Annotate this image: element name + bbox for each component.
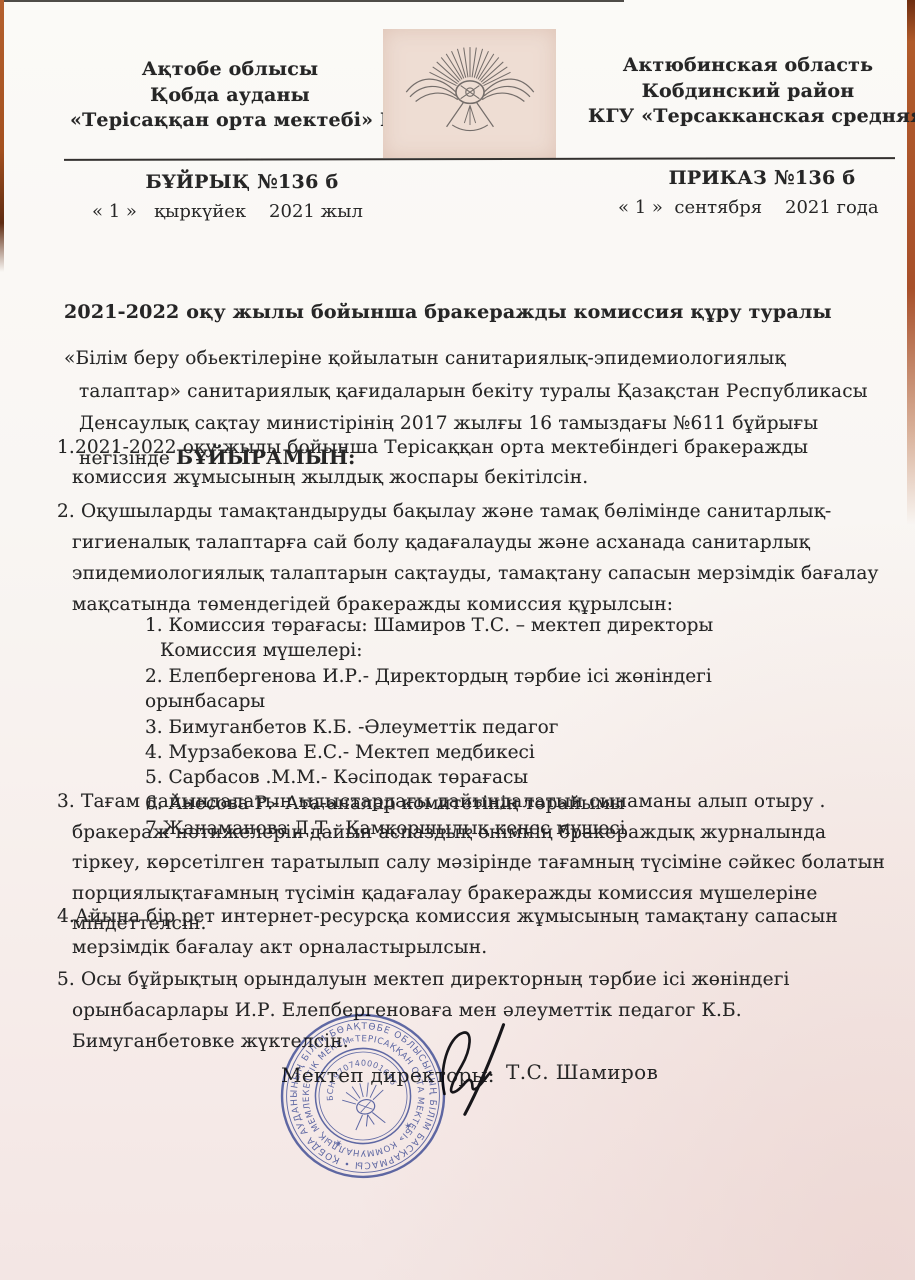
order-number-russian: ПРИКАЗ №136 б [612,167,912,189]
stamp-center-emblem-icon [339,1078,391,1131]
commission-chairman: 1. Комиссия төрағасы: Шамиров Т.С. – мек… [145,613,805,638]
order-date-kazakh: « 1 » қыркүйек 2021 жыл [92,201,392,222]
stamp-star-left: ✶ [333,1138,344,1151]
header-org-kazakh-line3: «Терісаққан орта мектебі» КММ [70,108,390,134]
header-org-russian: Актюбинская область Кобдинский район КГУ… [588,53,908,130]
header-org-kazakh-line1: Ақтобе облысы [70,57,390,83]
order-date-russian: « 1 » сентября 2021 года [612,197,912,218]
header-org-kazakh: Ақтобе облысы Қобда ауданы «Терісаққан о… [70,57,390,134]
commission-members-heading: Комиссия мүшелері: [145,638,805,663]
order-subject: 2021-2022 оқу жылы бойынша бракеражды ко… [64,301,874,323]
order-item-1: 1.2021-2022 оқу жылы бойынша Терісаққан … [57,433,890,493]
header-org-russian-line3: КГУ «Терсакканская средняя [588,104,908,130]
scanned-order-document: { "document": { "header": { "left_org": … [0,0,915,1280]
scan-edge-left [0,0,4,272]
kazakhstan-coat-of-arms-icon [390,34,550,154]
header-org-russian-line2: Кобдинский район [588,79,908,105]
emblem-box [383,29,556,158]
header-divider [64,157,895,161]
order-number-kazakh: БҰЙРЫҚ №136 б [92,171,392,193]
commission-member: 2. Елепбергенова И.Р.- Директордың тәрби… [145,664,805,715]
order-item-4: 4.Айына бір рет интернет-ресурсқа комисс… [57,901,890,963]
scan-edge-right [907,0,915,525]
header-org-russian-line1: Актюбинская область [588,53,908,79]
scan-edge-top [0,0,624,2]
order-heading-kazakh: БҰЙРЫҚ №136 б « 1 » қыркүйек 2021 жыл [92,171,392,222]
order-item-2: 2. Оқушыларды тамақтандыруды бақылау жән… [57,496,890,620]
order-heading-russian: ПРИКАЗ №136 б « 1 » сентября 2021 года [612,167,912,218]
header-org-kazakh-line2: Қобда ауданы [70,83,390,109]
commission-member: 4. Мурзабекова Е.С.- Мектеп медбикесі [145,740,805,765]
commission-member: 3. Бимуганбетов К.Б. -Әлеуметтік педагог [145,715,805,740]
